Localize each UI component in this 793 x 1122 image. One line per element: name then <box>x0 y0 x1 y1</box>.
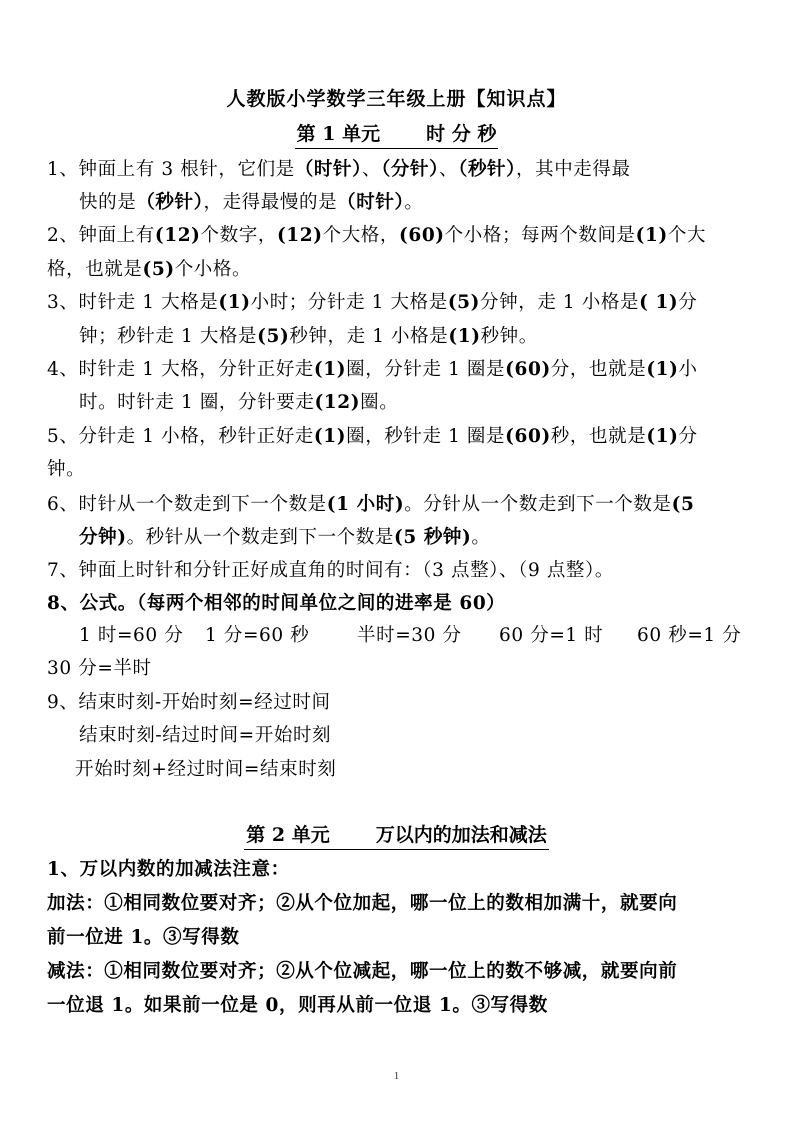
text-segment: 分钟，走 1 小格是 <box>480 292 639 313</box>
answer-highlight: (1) <box>646 359 678 380</box>
answer-highlight: (1) <box>448 326 480 347</box>
answer-highlight: ( 1) <box>639 292 678 313</box>
text-segment: 1、钟面上有 3 根针，它们是 <box>47 159 295 180</box>
unit1-item-2-line-2: 格，也就是(5)个小格。 <box>47 256 251 284</box>
text-segment: 小 <box>679 359 698 380</box>
text-segment: 5、分针走 1 小格，秒针正好走 <box>47 426 314 447</box>
unit2-heading: 第 2 单元万以内的加法和减法 <box>0 822 793 850</box>
unit1-item-8-line-1: 8、公式。（每两个相邻的时间单位之间的进率是 60） <box>47 590 505 618</box>
text-segment: 圈，分针走 1 圈是 <box>346 359 505 380</box>
formula: 1 分=60 秒 <box>205 622 357 650</box>
addition-line1: 加法：①相同数位要对齐；②从个位加起，哪一位上的数相加满十，就要向 <box>47 890 677 918</box>
answer-highlight: (5 秒钟) <box>394 527 471 548</box>
answer-highlight: (5) <box>257 326 289 347</box>
text-segment: ，走得最慢的是 <box>203 192 337 213</box>
text-segment: 2、钟面上有 <box>47 225 155 246</box>
answer-highlight: (1) <box>314 426 346 447</box>
text-segment: 个小格。 <box>175 259 251 280</box>
formula: 半时=30 分 <box>357 622 499 650</box>
answer-highlight: （分针） <box>381 159 439 180</box>
text-segment: 。分针从一个数走到下一个数是 <box>404 494 671 515</box>
answer-highlight: (1) <box>314 359 346 380</box>
item9-line2: 结束时刻-结过时间=开始时刻 <box>79 722 331 750</box>
answer-highlight: (5) <box>143 259 175 280</box>
unit2-item1-title: 1、万以内数的加减法注意： <box>47 856 290 884</box>
unit1-item-3-line-1: 3、时针走 1 大格是(1)小时；分针走 1 大格是(5)分钟，走 1 小格是(… <box>47 289 697 317</box>
unit1-item-1-line-1: 1、钟面上有 3 根针，它们是（时针）、（分针）、（秒针），其中走得最 <box>47 156 631 184</box>
unit1-item-6-line-1: 6、时针从一个数走到下一个数是(1 小时)。分针从一个数走到下一个数是(5 <box>47 491 694 519</box>
answer-highlight: (12) <box>314 392 360 413</box>
text-segment: 分 <box>678 292 697 313</box>
unit1-item-4-line-2: 时。时针走 1 圈，分针要走(12)圈。 <box>79 389 398 417</box>
text-segment: 个小格；每两个数间是 <box>445 225 636 246</box>
text-segment: 圈。 <box>360 392 398 413</box>
answer-highlight: (60) <box>505 359 551 380</box>
text-segment: 时。时针走 1 圈，分针要走 <box>79 392 314 413</box>
text-segment: 4、时针走 1 大格，分针正好走 <box>47 359 314 380</box>
answer-highlight: (5 <box>672 494 695 515</box>
unit1-item-4-line-1: 4、时针走 1 大格，分针正好走(1)圈，分针走 1 圈是(60)分，也就是(1… <box>47 356 698 384</box>
answer-highlight: (60) <box>505 426 551 447</box>
text-segment: 秒钟，走 1 小格是 <box>289 326 448 347</box>
answer-highlight: （时针） <box>337 192 404 213</box>
unit1-heading-topic: 时 分 秒 <box>426 123 496 145</box>
text-segment: 秒钟。 <box>481 326 538 347</box>
text-segment: 分，也就是 <box>551 359 647 380</box>
text-segment: 6、时针从一个数走到下一个数是 <box>47 494 327 515</box>
answer-highlight: 8、公式。（每两个相邻的时间单位之间的进率是 60） <box>47 593 505 614</box>
text-segment: 个大 <box>668 225 706 246</box>
unit1-item-5-line-2: 钟。 <box>47 456 85 484</box>
text-segment: 3、时针走 1 大格是 <box>47 292 218 313</box>
text-segment: 秒，也就是 <box>551 426 647 447</box>
document-title: 人教版小学数学三年级上册【知识点】 <box>0 84 793 111</box>
answer-highlight: （秒针） <box>136 192 203 213</box>
answer-highlight: (1 小时) <box>327 494 404 515</box>
text-segment: 钟；秒针走 1 大格是 <box>79 326 257 347</box>
subtraction-line1: 减法：①相同数位要对齐；②从个位减起，哪一位上的数不够减，就要向前 <box>47 958 677 986</box>
answer-highlight: （时针） <box>295 159 362 180</box>
unit2-heading-topic: 万以内的加法和减法 <box>376 824 547 846</box>
unit1-item-6-line-2: 分钟)。秒针从一个数走到下一个数是(5 秒钟)。 <box>79 524 491 552</box>
addition-line2: 前一位进 1。③写得数 <box>47 924 239 952</box>
unit1-item-1-line-2: 快的是（秒针），走得最慢的是（时针）。 <box>79 189 423 217</box>
unit1-item-3-line-2: 钟；秒针走 1 大格是(5)秒钟，走 1 小格是(1)秒钟。 <box>79 323 538 351</box>
text-segment: ，其中走得最 <box>516 159 631 180</box>
text-segment: 个数字， <box>201 225 277 246</box>
unit1-heading: 第 1 单元时 分 秒 <box>0 121 793 149</box>
text-segment: 钟。 <box>47 459 85 480</box>
text-segment: 7、钟面上时针和分针正好成直角的时间有：（3 点整）、（9 点整）。 <box>47 560 614 581</box>
answer-highlight: (1) <box>646 426 678 447</box>
formula: 1 时=60 分 <box>79 622 205 650</box>
text-segment: 、 <box>439 159 458 180</box>
text-segment: 。 <box>471 527 490 548</box>
answer-highlight: （秒针） <box>458 159 516 180</box>
text-segment: 格，也就是 <box>47 259 143 280</box>
unit2-heading-label: 第 2 单元 <box>246 824 329 846</box>
formula: 60 分=1 时 <box>499 622 637 650</box>
answer-highlight: (60) <box>399 225 445 246</box>
text-segment: 快的是 <box>79 192 136 213</box>
item9-line3: 开始时刻+经过时间=结束时刻 <box>75 756 336 784</box>
answer-highlight: (12) <box>277 225 323 246</box>
unit1-item-2-line-1: 2、钟面上有(12)个数字，(12)个大格，(60)个小格；每两个数间是(1)个… <box>47 222 706 250</box>
answer-highlight: (5) <box>448 292 480 313</box>
answer-highlight: (12) <box>155 225 201 246</box>
answer-highlight: 分钟) <box>79 527 127 548</box>
item9-line1: 9、结束时刻-开始时刻=经过时间 <box>47 689 331 717</box>
text-segment: 、 <box>362 159 381 180</box>
text-segment: 小时；分针走 1 大格是 <box>251 292 448 313</box>
formula: 30 分=半时 <box>47 655 152 683</box>
subtraction-line2: 一位退 1。如果前一位是 0，则再从前一位退 1。③写得数 <box>47 992 548 1020</box>
answer-highlight: (1) <box>636 225 668 246</box>
document-page: 人教版小学数学三年级上册【知识点】 第 1 单元时 分 秒 1、钟面上有 3 根… <box>0 0 793 1122</box>
formula-row: 1 时=60 分1 分=60 秒半时=30 分60 分=1 时60 秒=1 分 <box>79 622 741 650</box>
unit1-heading-label: 第 1 单元 <box>297 123 380 145</box>
text-segment: 个大格， <box>323 225 399 246</box>
unit1-item-7-line-1: 7、钟面上时针和分针正好成直角的时间有：（3 点整）、（9 点整）。 <box>47 557 614 585</box>
text-segment: 。秒针从一个数走到下一个数是 <box>127 527 394 548</box>
text-segment: 圈，秒针走 1 圈是 <box>346 426 505 447</box>
text-segment: 。 <box>404 192 423 213</box>
formula: 60 秒=1 分 <box>637 622 741 650</box>
page-number: 1 <box>0 1070 793 1082</box>
text-segment: 分 <box>679 426 698 447</box>
answer-highlight: (1) <box>218 292 250 313</box>
unit1-item-5-line-1: 5、分针走 1 小格，秒针正好走(1)圈，秒针走 1 圈是(60)秒，也就是(1… <box>47 423 698 451</box>
